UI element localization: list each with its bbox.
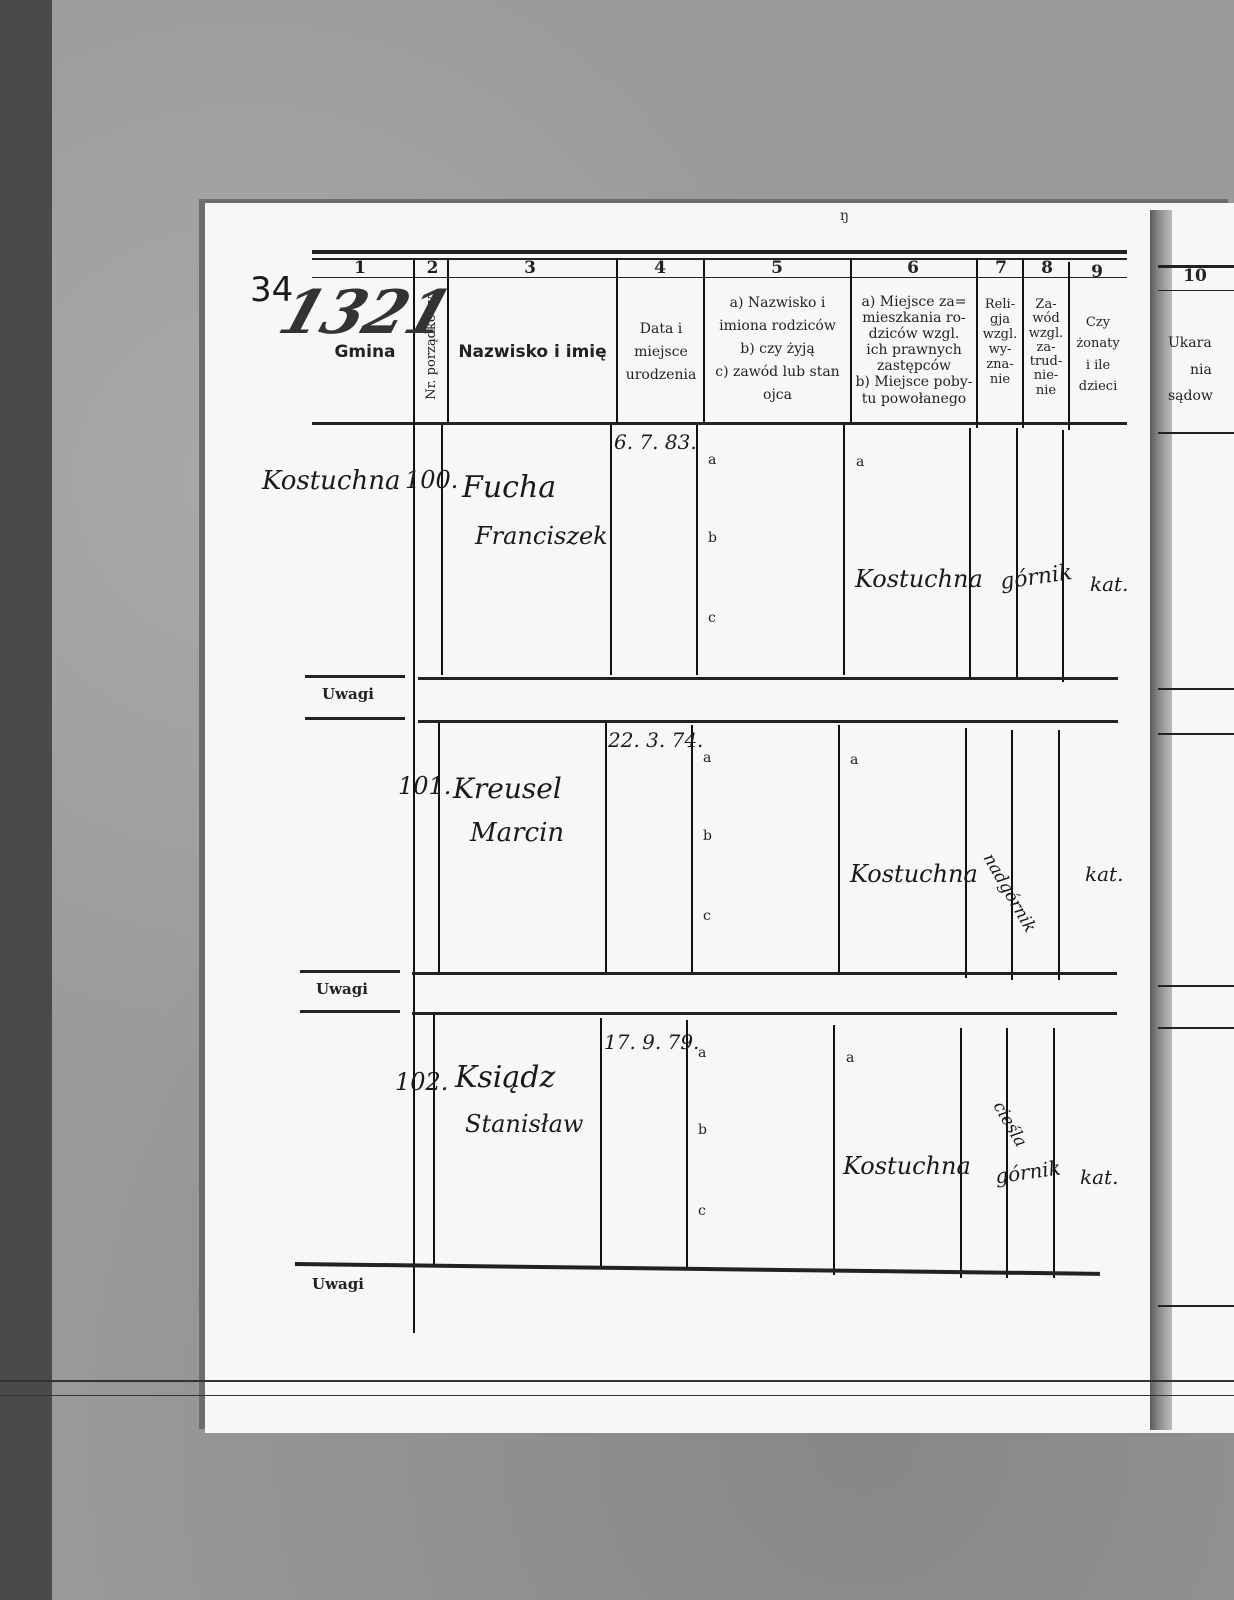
header-col10-line: sądow [1168,383,1234,410]
entry3-col-divider [833,1025,835,1275]
entry2-col-divider [838,725,840,975]
header-col5-line: a) Nazwisko i [705,292,850,315]
header-col10-line: nia [1168,357,1234,384]
col-num-5: 5 [757,258,797,278]
scan-line [0,1380,1234,1382]
header-nazwisko-i-imie: Nazwisko i imię [450,342,615,362]
entry2-col-divider [1011,730,1013,980]
entry2-birth-date: 22. 3. 74. [608,728,703,752]
entry3-birth-date: 17. 9. 79. [604,1030,699,1054]
entry2-remarks-top-left [300,970,400,973]
entry2-surname: Kreusel [453,772,562,805]
entry2-col-divider [965,728,967,978]
header-col8-line: nie [1024,384,1068,398]
header-col7-line: gja [978,313,1022,328]
entry1-col-divider [969,428,971,680]
entry1-sub6-a: a [856,454,864,470]
entry3-residence: Kostuchna [843,1152,971,1180]
col-num-1: 1 [340,258,380,278]
entry2-nr: 101. [398,772,451,800]
header-col6-line: dziców wzgl. [852,326,976,342]
scan-edge [0,0,52,1600]
entry2-given-name: Marcin [470,818,564,848]
entry3-sub-a: a [698,1045,706,1061]
stamp-number: 1321 [271,278,461,348]
col-num-6: 6 [893,258,933,278]
header-col6-line: a) Miejsce za= [852,294,976,310]
entry3-col-divider [686,1020,688,1270]
entry1-col-divider [1016,428,1018,680]
entry1-sub-b: b [708,530,717,546]
entry2-remarks-bottom [412,1012,1117,1015]
entry1-col-divider [696,425,698,675]
header-col6-line: mieszkania ro- [852,310,976,326]
entry3-surname: Ksiądz [455,1060,555,1095]
entry3-given-name: Stanisław [465,1110,583,1138]
entry2-remarks-label: Uwagi [316,980,368,998]
header-col10: Ukara nia sądow [1168,330,1234,410]
entry1-gmina: Kostuchna [262,466,400,496]
col-num-8: 8 [1032,258,1062,278]
header-col5-line: ojca [705,384,850,407]
header-col9: Czy żonaty i ile dzieci [1070,312,1126,398]
entry1-remarks-bottom-left [305,717,405,720]
header-bottom-rule [312,422,1127,425]
header-top-rule [312,250,1127,254]
col-num-2: 2 [420,258,445,278]
entry1-sub-c: c [708,610,716,626]
entry3-remarks-label: Uwagi [312,1275,364,1293]
entry3-sub-b: b [698,1122,707,1138]
entry3-col-divider [433,1015,435,1265]
header-col8: Za- wód wzgl. za- trud- nie- nie [1024,298,1068,398]
entry1-given-name: Franciszek [475,522,608,550]
header-col6-line: zastępców [852,358,976,374]
header-col7-line: wzgl. [978,328,1022,343]
entry2-residence: Kostuchna [850,860,978,888]
header-col7-line: nie [978,373,1022,388]
entry2-col-divider [438,722,440,972]
entry1-col-divider [610,425,612,675]
header-col8-line: za- [1024,341,1068,355]
entry1-col-divider [843,425,845,675]
right-page-rule [1158,733,1234,735]
entry3-religion: kat. [1080,1165,1118,1189]
entry2-sub-c: c [703,908,711,924]
right-page-rule [1158,688,1234,690]
col-divider-3 [616,258,618,423]
col-num-3: 3 [510,258,550,278]
header-col8-line: wzgl. [1024,327,1068,341]
col-num-9: 9 [1082,262,1112,282]
entry3-nr: 102. [395,1068,448,1096]
header-col9-line: żonaty [1070,333,1126,354]
entry2-sub-a: a [703,750,711,766]
entry2-sub-b: b [703,828,712,844]
header-col8-line: wód [1024,312,1068,326]
right-page-rule [1158,1305,1234,1307]
header-col6: a) Miejsce za= mieszkania ro- dziców wzg… [852,294,976,407]
right-page-header-bottom [1158,432,1234,434]
header-col5-line: b) czy żyją [705,338,850,361]
header-col6-line: b) Miejsce poby- [852,374,976,390]
scan-line [0,1395,1234,1396]
header-col7: Reli- gja wzgl. wy- zna- nie [978,298,1022,388]
header-col5-line: c) zawód lub stan [705,361,850,384]
header-data-urodzenia: Data i miejsce urodzenia [620,318,702,387]
header-col9-line: i ile [1070,355,1126,376]
entry1-residence: Kostuchna [855,565,983,593]
entry2-religion: kat. [1085,862,1123,886]
entry2-col-divider [1058,730,1060,980]
entry1-surname: Fucha [462,470,556,505]
entry3-col-divider [1053,1028,1055,1278]
entry1-nr: 100. [405,466,458,494]
entry1-remarks-top-left [305,675,405,678]
entry2-sub6-a: a [850,752,858,768]
entry1-remarks-label: Uwagi [322,685,374,703]
col-num-7: 7 [986,258,1016,278]
header-col8-line: trud- [1024,355,1068,369]
header-col7-line: wy- [978,343,1022,358]
header-col9-line: dzieci [1070,376,1126,397]
entry3-sub-c: c [698,1203,706,1219]
header-col8-line: Za- [1024,298,1068,312]
entry1-religion: kat. [1090,572,1128,596]
header-col5-line: imiona rodziców [705,315,850,338]
header-col6-line: tu powołanego [852,391,976,407]
header-col8-line: nie- [1024,369,1068,383]
col-num-10: 10 [1175,266,1215,286]
entry2-remarks-bottom-left [300,1010,400,1013]
right-page-num-rule [1158,290,1234,291]
entry1-birth-date: 6. 7. 83. [614,430,697,454]
right-page-rule [1158,1027,1234,1029]
header-col9-line: Czy [1070,312,1126,333]
header-col10-line: Ukara [1168,330,1234,357]
header-col5: a) Nazwisko i imiona rodziców b) czy żyj… [705,292,850,407]
entry2-col-divider [605,722,607,972]
entry2-remarks-top [412,972,1117,975]
entry1-remarks-top [418,677,1118,680]
header-col6-line: ich prawnych [852,342,976,358]
header-col7-line: Reli- [978,298,1022,313]
entry3-col-divider [1006,1028,1008,1278]
entry1-remarks-bottom [418,720,1118,723]
entry3-sub6-a: a [846,1050,854,1066]
entry3-col-divider [600,1018,602,1268]
entry1-col-divider [1062,430,1064,682]
header-col7-line: zna- [978,358,1022,373]
entry1-col-divider [441,425,443,675]
right-page-rule [1158,985,1234,987]
entry2-col-divider [691,725,693,975]
col-num-4: 4 [640,258,680,278]
entry1-sub-a: a [708,452,716,468]
page-mark: ŋ [840,208,849,224]
